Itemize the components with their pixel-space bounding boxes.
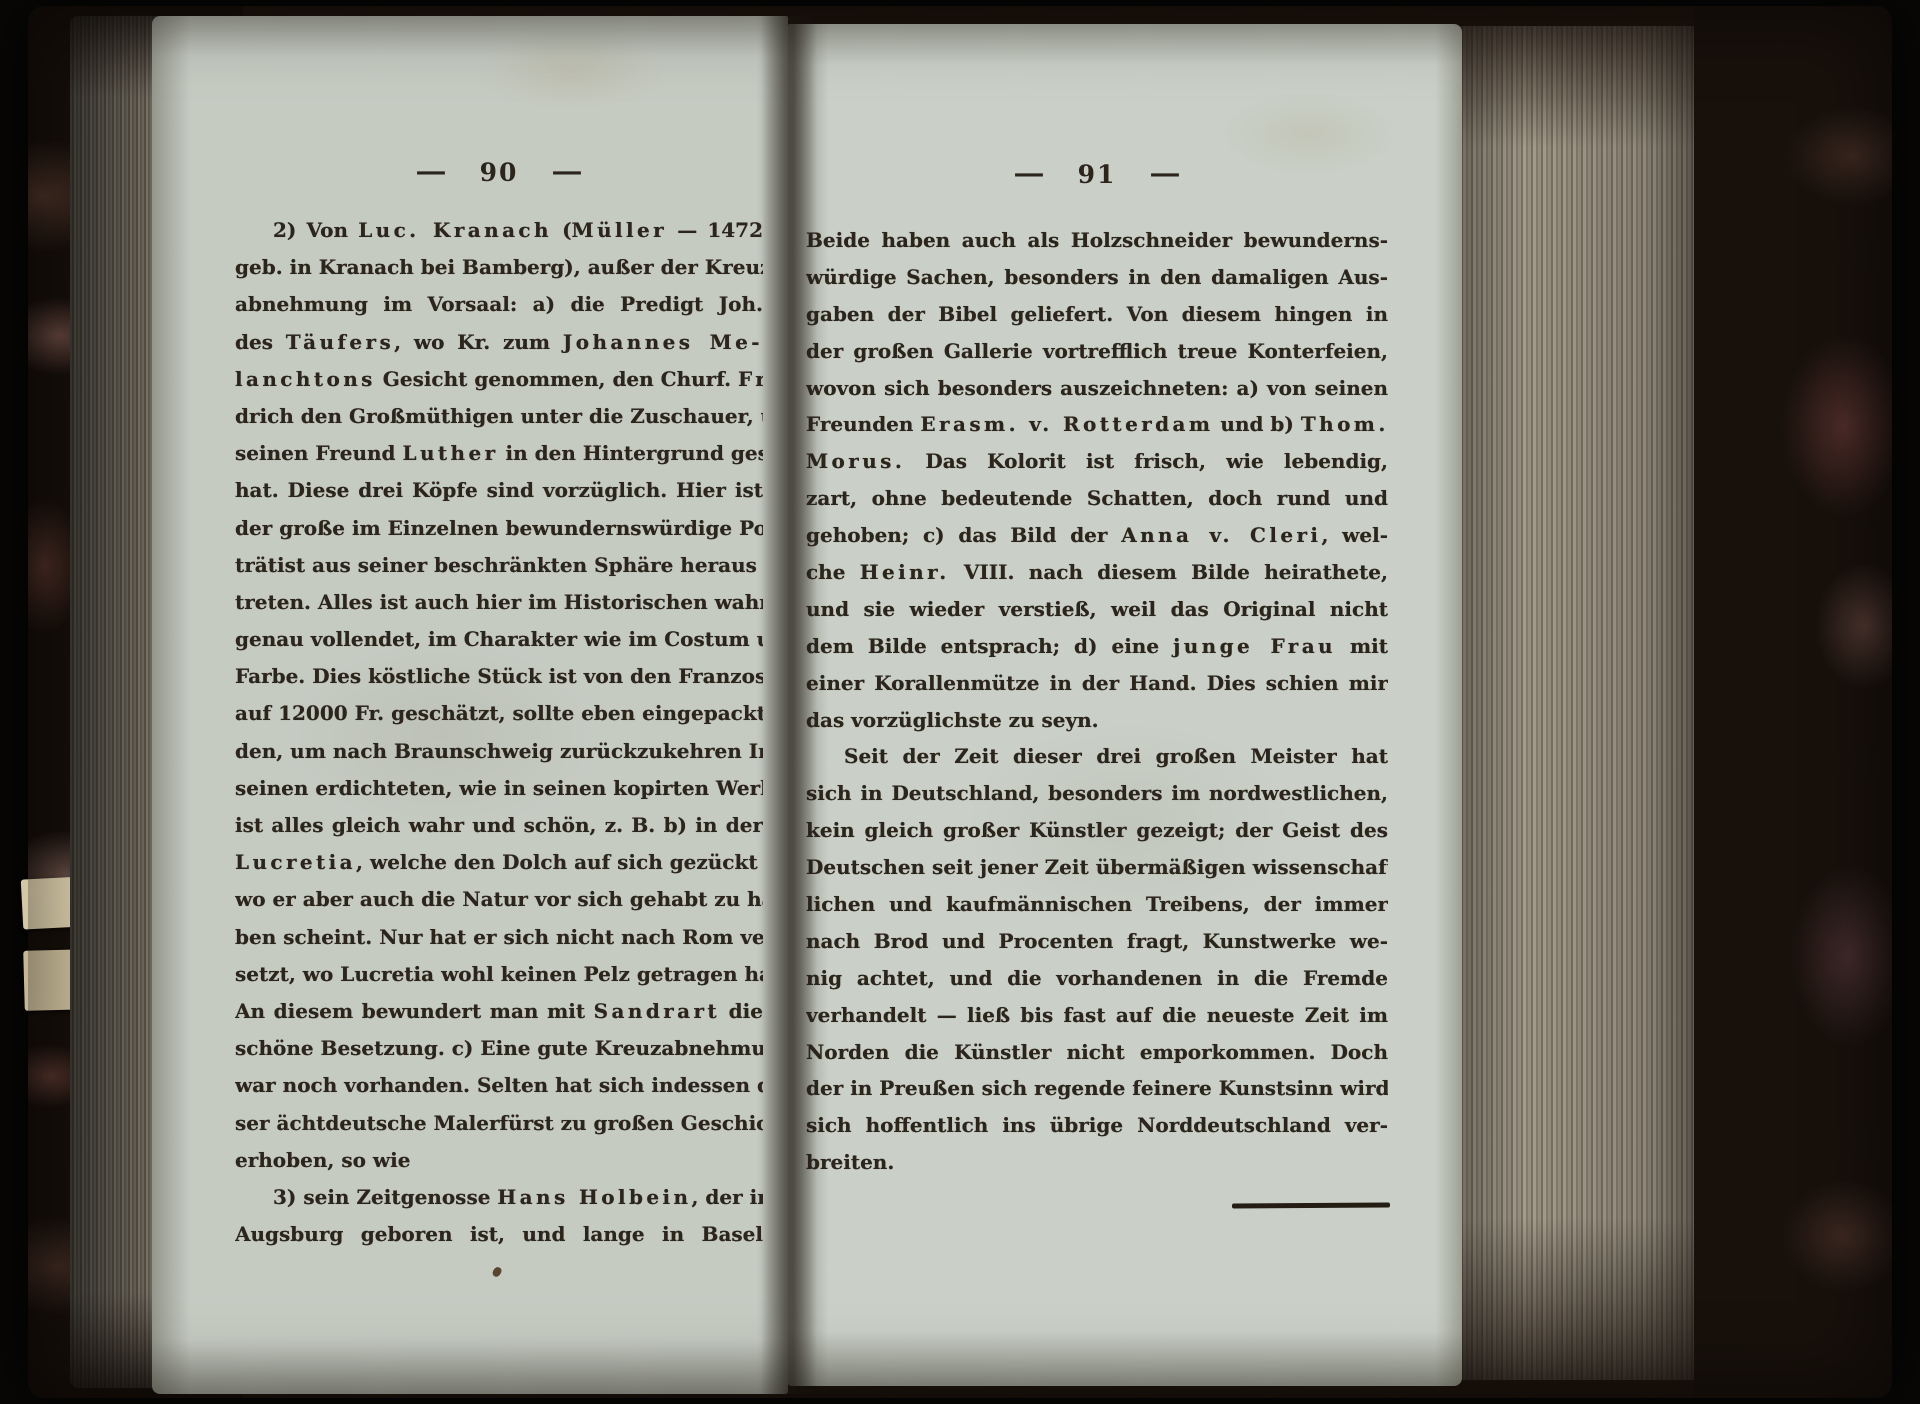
text-line: ben scheint. Nur hat er sich nicht nach … [235, 919, 763, 956]
text-line: seinen erdichteten, wie in seinen kopirt… [235, 770, 763, 807]
header-dash-icon: — [1150, 159, 1181, 189]
text-line: den, um nach Braunschweig zurückzukehren… [235, 733, 763, 770]
page-90-text: 2) Von Luc. Kranach (Müller — 1472geb. i… [235, 212, 763, 1253]
text-line: einer Korallenmütze in der Hand. Dies sc… [806, 665, 1388, 702]
text-line: nig achtet, und die vorhandenen in die F… [806, 960, 1388, 997]
text-line: nach Brod und Procenten fragt, Kunstwerk… [806, 923, 1388, 960]
text-line: drich den Großmüthigen unter die Zuschau… [235, 398, 763, 435]
text-line: An diesem bewundert man mit Sandrart die [235, 993, 763, 1030]
text-line: Lucretia, welche den Dolch auf sich gezü… [235, 844, 763, 881]
text-line: lichen und kaufmännischen Treibens, der … [806, 886, 1388, 923]
text-line: Morus. Das Kolorit ist frisch, wie leben… [806, 443, 1388, 480]
text-line: genau vollendet, im Charakter wie im Cos… [235, 621, 763, 658]
text-line: lanchtons Gesicht genommen, den Churf. F… [235, 361, 763, 398]
text-line: gehoben; c) das Bild der Anna v. Cleri, … [806, 517, 1388, 554]
text-line: gaben der Bibel geliefert. Von diesem hi… [806, 296, 1388, 333]
text-line: 2) Von Luc. Kranach (Müller — 1472 [235, 212, 763, 249]
text-line: 3) sein Zeitgenosse Hans Holbein, der in [235, 1179, 763, 1216]
text-line: verhandelt — ließ bis fast auf die neues… [806, 997, 1388, 1034]
text-line: treten. Alles ist auch hier im Historisc… [235, 584, 763, 621]
text-line: wo er aber auch die Natur vor sich gehab… [235, 881, 763, 918]
page-90-number: 90 [480, 158, 519, 187]
text-line: der große im Einzelnen bewundernswürdige… [235, 510, 763, 547]
right-fore-edge-pages [1458, 26, 1722, 1380]
text-line: breiten. [806, 1144, 1388, 1181]
text-line: abnehmung im Vorsaal: a) die Predigt Joh… [235, 286, 763, 323]
text-line: auf 12000 Fr. geschätzt, sollte eben ein… [235, 695, 763, 732]
text-line: erhoben, so wie [235, 1142, 763, 1179]
page-91-header: — 91 — [806, 152, 1388, 196]
text-line: trätist aus seiner beschränkten Sphäre h… [235, 547, 763, 584]
text-line: Augsburg geboren ist, und lange in Basel… [235, 1216, 763, 1253]
text-line: Seit der Zeit dieser drei großen Meister… [806, 738, 1388, 775]
page-90-header: — 90 — [235, 150, 763, 194]
text-line: würdige Sachen, besonders in den damalig… [806, 259, 1388, 296]
header-dash-icon: — [1013, 159, 1044, 189]
page-90: — 90 — 2) Von Luc. Kranach (Müller — 147… [152, 16, 788, 1394]
text-line: wovon sich besonders auszeichneten: a) v… [806, 370, 1388, 407]
header-dash-icon: — [552, 157, 583, 187]
text-line: seinen Freund Luther in den Hintergrund … [235, 435, 763, 472]
text-line: Beide haben auch als Holzschneider bewun… [806, 222, 1388, 259]
text-line: ist alles gleich wahr und schön, z. B. b… [235, 807, 763, 844]
header-dash-icon: — [415, 157, 446, 187]
text-line: hat. Diese drei Köpfe sind vorzüglich. H… [235, 472, 763, 509]
text-line: der großen Gallerie vortrefflich treue K… [806, 333, 1388, 370]
right-cover-marbled-board [1694, 6, 1892, 1398]
text-line: Norden die Künstler nicht emporkommen. D… [806, 1034, 1388, 1071]
text-line: Deutschen seit jener Zeit übermäßigen wi… [806, 849, 1388, 886]
text-line: das vorzüglichste zu seyn. [806, 702, 1388, 739]
text-line: zart, ohne bedeutende Schatten, doch run… [806, 480, 1388, 517]
section-end-rule [1232, 1202, 1390, 1208]
text-line: sich hoffentlich ins übrige Norddeutschl… [806, 1107, 1388, 1144]
ink-speck [491, 1266, 502, 1278]
text-line: Farbe. Dies köstliche Stück ist von den … [235, 658, 763, 695]
text-line: des Täufers, wo Kr. zum Johannes Me- [235, 324, 763, 361]
text-line: Freunden Erasm. v. Rotterdam und b) Thom… [806, 406, 1388, 443]
text-line: war noch vorhanden. Selten hat sich inde… [235, 1067, 763, 1104]
text-line: schöne Besetzung. c) Eine gute Kreuzabne… [235, 1030, 763, 1067]
photo-background: — 90 — 2) Von Luc. Kranach (Müller — 147… [0, 0, 1920, 1404]
text-line: und sie wieder verstieß, weil das Origin… [806, 591, 1388, 628]
text-line: dem Bilde entsprach; d) eine junge Frau … [806, 628, 1388, 665]
page-91: — 91 — Beide haben auch als Holzschneide… [788, 24, 1462, 1386]
text-line: kein gleich großer Künstler gezeigt; der… [806, 812, 1388, 849]
text-line: setzt, wo Lucretia wohl keinen Pelz getr… [235, 956, 763, 993]
text-line: che Heinr. VIII. nach diesem Bilde heira… [806, 554, 1388, 591]
page-91-number: 91 [1078, 160, 1117, 189]
text-line: sich in Deutschland, besonders im nordwe… [806, 775, 1388, 812]
text-line: ser ächtdeutsche Malerfürst zu großen Ge… [235, 1105, 763, 1142]
text-line: geb. in Kranach bei Bamberg), außer der … [235, 249, 763, 286]
open-book: — 90 — 2) Von Luc. Kranach (Müller — 147… [28, 6, 1892, 1398]
text-line: der in Preußen sich regende feinere Kuns… [806, 1070, 1388, 1107]
page-91-text: Beide haben auch als Holzschneider bewun… [806, 222, 1388, 1181]
